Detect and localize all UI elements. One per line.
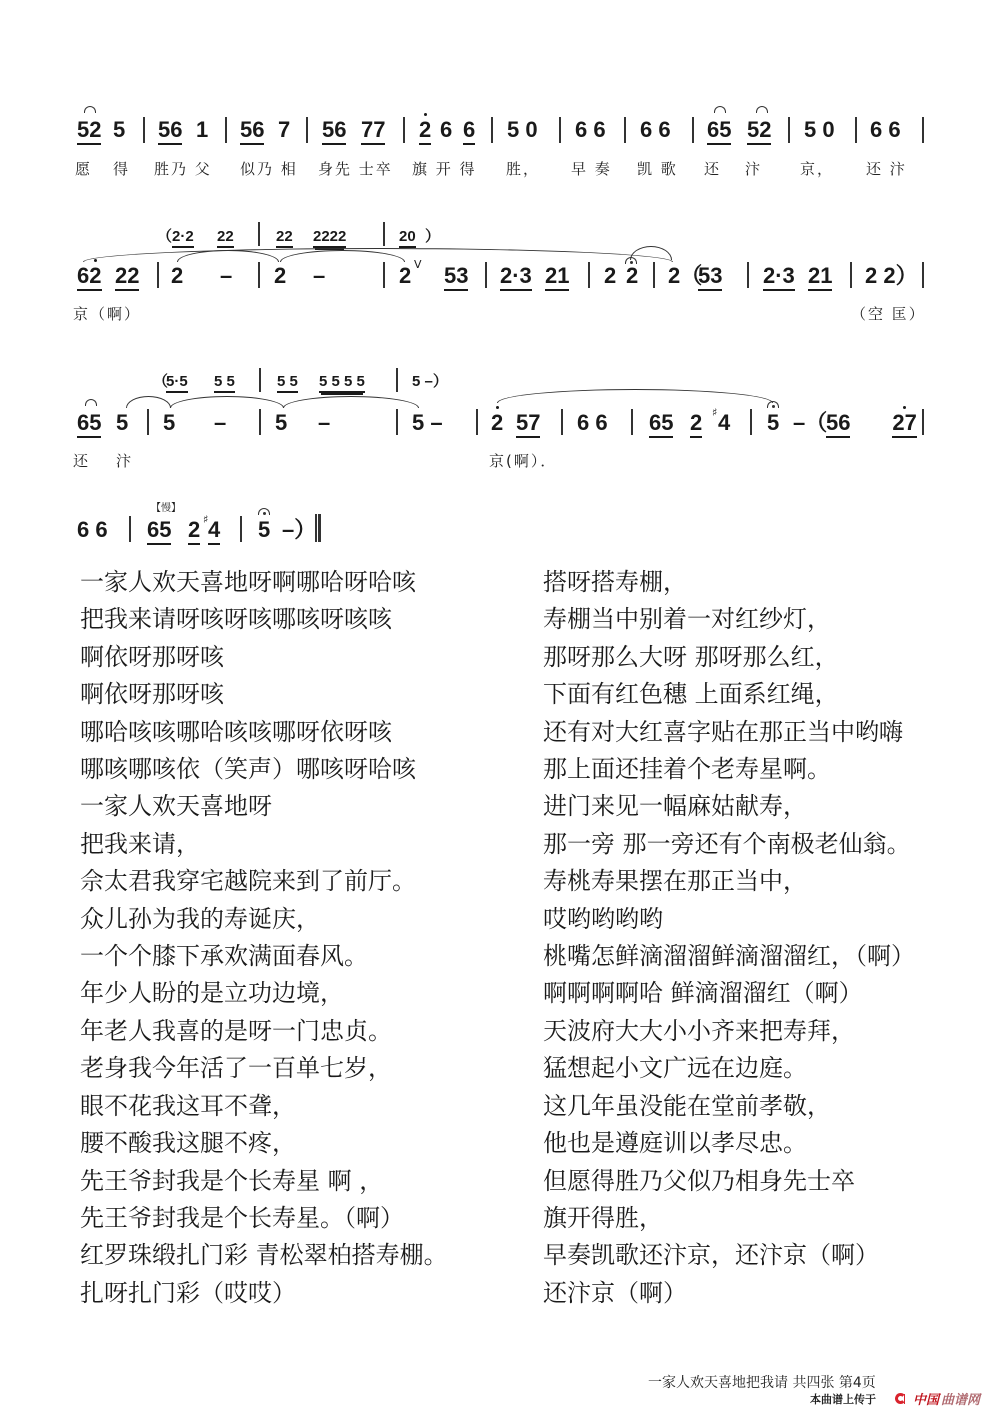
accomp-note-group: 22 — [276, 229, 293, 248]
barline — [143, 117, 145, 143]
final-barline — [315, 514, 321, 542]
note: 7 — [278, 118, 290, 142]
dash: – — [313, 264, 325, 288]
barline — [259, 368, 261, 392]
accomp-note-group: 2·2 — [172, 229, 194, 248]
note: 4 — [718, 411, 730, 435]
slur — [126, 396, 171, 408]
lyric: 得 — [113, 160, 130, 178]
slur — [497, 389, 773, 403]
lyric: 京(啊）． — [489, 452, 557, 470]
lyrics-line: 腰不酸我这腿不疼， — [80, 1125, 530, 1162]
lyrics-line: 佘太君我穿宅越院来到了前厅。 — [80, 863, 530, 900]
note-group: 2·3 — [500, 264, 532, 291]
note-group: 6 6 — [577, 411, 608, 435]
barline — [624, 117, 626, 143]
note-group: 22 — [115, 264, 139, 291]
lyric: 旗 开 得 — [412, 160, 477, 178]
lyric: 愿 — [75, 160, 92, 178]
lyrics-line: 这几年虽没能在堂前孝敬， — [543, 1088, 998, 1125]
lyrics-column-right: 搭呀搭寿棚， 寿棚当中别着一对红纱灯， 那呀那么大呀 那呀那么红， 下面有红色穗… — [543, 564, 998, 1312]
lyrics-line: 先王爷封我是个长寿星 啊 ， — [80, 1163, 530, 1200]
note: 2 — [171, 264, 183, 288]
barline — [225, 117, 227, 143]
note: 6 — [77, 263, 89, 288]
note: 5 — [767, 411, 779, 435]
note-group: 6 6 — [575, 118, 606, 142]
accomp-note-group: 20 — [399, 229, 416, 248]
lyric: 汴 — [745, 160, 762, 178]
barline — [491, 117, 493, 143]
barline — [922, 117, 924, 143]
barline — [922, 409, 924, 435]
lyric: 身先 士卒 — [318, 160, 393, 178]
lyrics-line: 猛想起小文广远在边庭。 — [543, 1050, 998, 1087]
barline — [561, 409, 563, 435]
barline — [747, 262, 749, 288]
lyric: 还 — [73, 452, 90, 470]
dash-paren: –（ — [793, 411, 827, 435]
note: 2 — [690, 411, 702, 438]
logo-icon — [895, 1392, 911, 1406]
note: 5 — [163, 411, 175, 435]
lyrics-line: 哪哈咳咳哪哈咳咳哪呀依呀咳 — [80, 714, 530, 751]
note: 2 — [626, 264, 638, 288]
barline — [559, 117, 561, 143]
barline — [588, 262, 590, 288]
logo-text: 中国 — [913, 1389, 939, 1408]
barline — [129, 516, 131, 542]
fermata-icon — [767, 401, 779, 408]
lyrics-line: 哎哟哟哟哟 — [543, 901, 998, 938]
note-group: 5 0 — [507, 118, 538, 142]
note-group: 52 — [77, 118, 101, 145]
note-group: 65 — [77, 411, 101, 438]
barline — [258, 222, 260, 246]
slur — [283, 396, 419, 408]
lyrics-line: 年少人盼的是立功边境， — [80, 975, 530, 1012]
note-group: 65 — [649, 411, 673, 438]
lyrics-line: 桃嘴怎鲜滴溜溜鲜滴溜溜红，（啊） — [543, 938, 998, 975]
barline — [750, 409, 752, 435]
site-logo[interactable]: 中国 曲谱网 — [895, 1389, 980, 1408]
score-line-3: （ 5·5 5 5 5 5 5 5 5 5 5 –） 65 5 5 – 5 – … — [0, 0, 1000, 24]
lyrics-line: 先王爷封我是个长寿星。（啊） — [80, 1200, 530, 1237]
lyric: 还 汴 — [866, 160, 907, 178]
barline — [306, 117, 308, 143]
lyrics-line: 一家人欢天喜地呀啊哪哈呀哈咳 — [80, 564, 530, 601]
note-group: 6 6 — [640, 118, 671, 142]
note-group: 6 6 — [77, 518, 108, 542]
lyrics-line: 把我来请呀咳呀咳哪咳呀咳咳 — [80, 601, 530, 638]
note-group: 27 — [892, 410, 916, 438]
breath-mark: V — [414, 258, 422, 271]
slur — [170, 396, 284, 408]
barline — [788, 117, 790, 143]
note-group: 6 6 — [870, 118, 901, 142]
note: 6 — [463, 118, 475, 145]
note-group: 65 — [147, 518, 171, 545]
note-group: 57 — [516, 411, 540, 438]
lyrics-line: 扎呀扎门彩（哎哎） — [80, 1275, 530, 1312]
note: 2 — [604, 264, 616, 288]
note-group: 56 — [322, 118, 346, 145]
dash: – — [318, 411, 330, 435]
lyrics-line: 红罗珠缎扎门彩 青松翠柏搭寿棚。 — [80, 1237, 530, 1274]
barline — [850, 262, 852, 288]
lyrics-line: 年老人我喜的是呀一门忠贞。 — [80, 1013, 530, 1050]
upload-credit: 本曲谱上传于 — [810, 1391, 876, 1407]
barline — [403, 117, 405, 143]
note-group: 56 — [240, 118, 264, 145]
lyric: 胜乃 父 — [154, 160, 212, 178]
lyrics-line: 下面有红色穗 上面系红绳， — [543, 676, 998, 713]
lyrics-line: 老身我今年活了一百单七岁， — [80, 1050, 530, 1087]
note-group: 5 – — [412, 411, 443, 435]
note: 2 — [188, 518, 200, 545]
lyrics-line: 哪咳哪咳依（笑声）哪咳呀哈咳 — [80, 751, 530, 788]
barline — [147, 409, 149, 435]
lyric: 早 奏 — [571, 160, 612, 178]
dash: – — [220, 264, 232, 288]
note: 5 — [113, 118, 125, 142]
lyrics-line: 一个个膝下承欢满面春风。 — [80, 938, 530, 975]
note: 5 — [258, 518, 270, 542]
lyrics-line: 寿桃寿果摆在那正当中， — [543, 863, 998, 900]
note-group: 52 — [747, 118, 771, 145]
fermata-icon — [258, 508, 270, 515]
barline — [258, 262, 260, 288]
accomp-note-group: 22 — [217, 229, 234, 248]
accomp-paren-close: ） — [425, 229, 440, 245]
note-group: 5 0 — [804, 118, 835, 142]
accomp-note-group: 5 5 5 5 — [319, 374, 365, 393]
lyrics-line: 搭呀搭寿棚， — [543, 564, 998, 601]
lyrics-line: 一家人欢天喜地呀 — [80, 788, 530, 825]
note: 2 — [274, 264, 286, 288]
lyrics-line: 他也是遵庭训以孝尽忠。 — [543, 1125, 998, 1162]
lyrics-line: 那呀那么大呀 那呀那么红， — [543, 639, 998, 676]
note-group: 77 — [361, 118, 385, 145]
lyrics-line: 进门来见一幅麻姑献寿， — [543, 788, 998, 825]
lyrics-line: 眼不花我这耳不聋， — [80, 1088, 530, 1125]
dash: – — [214, 411, 226, 435]
note-group: 56 — [158, 118, 182, 145]
logo-text: 曲谱网 — [941, 1389, 980, 1408]
slur — [630, 246, 672, 260]
barline — [653, 262, 655, 288]
slur-mark — [714, 106, 726, 113]
note-group: 2·3 — [763, 264, 795, 291]
note-high: 2 — [491, 410, 503, 435]
note-group: 53 — [698, 264, 722, 291]
lyric: 还 — [704, 160, 721, 178]
accomp-paren-open: （ — [157, 229, 172, 245]
note: 6 — [440, 118, 452, 142]
lyrics-line: 啊依呀那呀咳 — [80, 676, 530, 713]
slur-mark — [756, 106, 768, 113]
note: 5 — [116, 411, 128, 435]
lyric: 京（啊） — [73, 305, 141, 323]
barline — [396, 409, 398, 435]
barline — [259, 409, 261, 435]
lyrics-line: 但愿得胜乃父似乃相身先士卒 — [543, 1163, 998, 1200]
lyrics-line: 把我来请， — [80, 826, 530, 863]
slur-mark — [85, 399, 97, 406]
note-high: 2 — [89, 263, 101, 288]
barline — [631, 409, 633, 435]
note-group: 2 2） — [865, 264, 918, 288]
note: 4 — [208, 518, 220, 545]
note-group: 21 — [545, 264, 569, 291]
barline — [157, 262, 159, 288]
barline — [476, 409, 478, 435]
tempo-mark: 【慢】 — [151, 499, 181, 514]
lyrics-line: 那一旁 那一旁还有个南极老仙翁。 — [543, 826, 998, 863]
lyrics-line: 啊依呀那呀咳 — [80, 639, 530, 676]
lyric: （空 匡） — [851, 305, 926, 323]
note-group: 65 — [707, 118, 731, 145]
note: 2 — [399, 264, 411, 288]
accomp-note-group: 5·5 — [166, 374, 188, 393]
lyric: 胜， — [506, 160, 540, 178]
barline — [383, 262, 385, 288]
lyric: 凯 歌 — [637, 160, 678, 178]
dash-paren: –） — [282, 518, 316, 542]
sharp-icon: ♯ — [712, 406, 717, 419]
lyrics-column-left: 一家人欢天喜地呀啊哪哈呀哈咳 把我来请呀咳呀咳哪咳呀咳咳 啊依呀那呀咳 啊依呀那… — [80, 564, 530, 1312]
lyrics-line: 天波府大大小小齐来把寿拜， — [543, 1013, 998, 1050]
lyrics-line: 还有对大红喜字贴在那正当中哟嗨 — [543, 714, 998, 751]
lyrics-line: 早奏凯歌还汴京，还汴京（啊） — [543, 1237, 998, 1274]
accomp-note-group: 5 5 — [214, 374, 235, 393]
lyric: 似乃 相 — [240, 160, 298, 178]
note-group: 53 — [444, 264, 468, 291]
lyrics-line: 那上面还挂着个老寿星啊。 — [543, 751, 998, 788]
lyrics-line: 众儿孙为我的寿诞庆， — [80, 901, 530, 938]
note-high: 2 — [419, 117, 431, 145]
lyrics-line: 寿棚当中别着一对红纱灯， — [543, 601, 998, 638]
note-group: 21 — [808, 264, 832, 291]
lyrics-line: 旗开得胜， — [543, 1200, 998, 1237]
lyric: 汴 — [116, 452, 133, 470]
barline — [692, 117, 694, 143]
lyric: 京， — [800, 160, 834, 178]
lyrics-line: 还汴京（啊） — [543, 1275, 998, 1312]
note: 1 — [196, 118, 208, 142]
barline — [922, 262, 924, 288]
barline — [396, 368, 398, 392]
slur-mark — [84, 106, 96, 113]
accomp-note-group: 5 5 — [277, 374, 298, 393]
barline — [383, 222, 385, 246]
page-footer-title: 一家人欢天喜地把我请 共四张 第4页 — [648, 1372, 876, 1392]
accomp-note-group: 5 –） — [412, 374, 448, 390]
lyrics-line: 啊啊啊啊哈 鲜滴溜溜红（啊） — [543, 975, 998, 1012]
note-group: 56 — [826, 411, 850, 438]
barline — [485, 262, 487, 288]
note: 5 — [275, 411, 287, 435]
accomp-note-group: 2222 — [313, 229, 346, 248]
barline — [240, 516, 242, 542]
note-group: 62 — [77, 264, 102, 291]
barline — [855, 117, 857, 143]
